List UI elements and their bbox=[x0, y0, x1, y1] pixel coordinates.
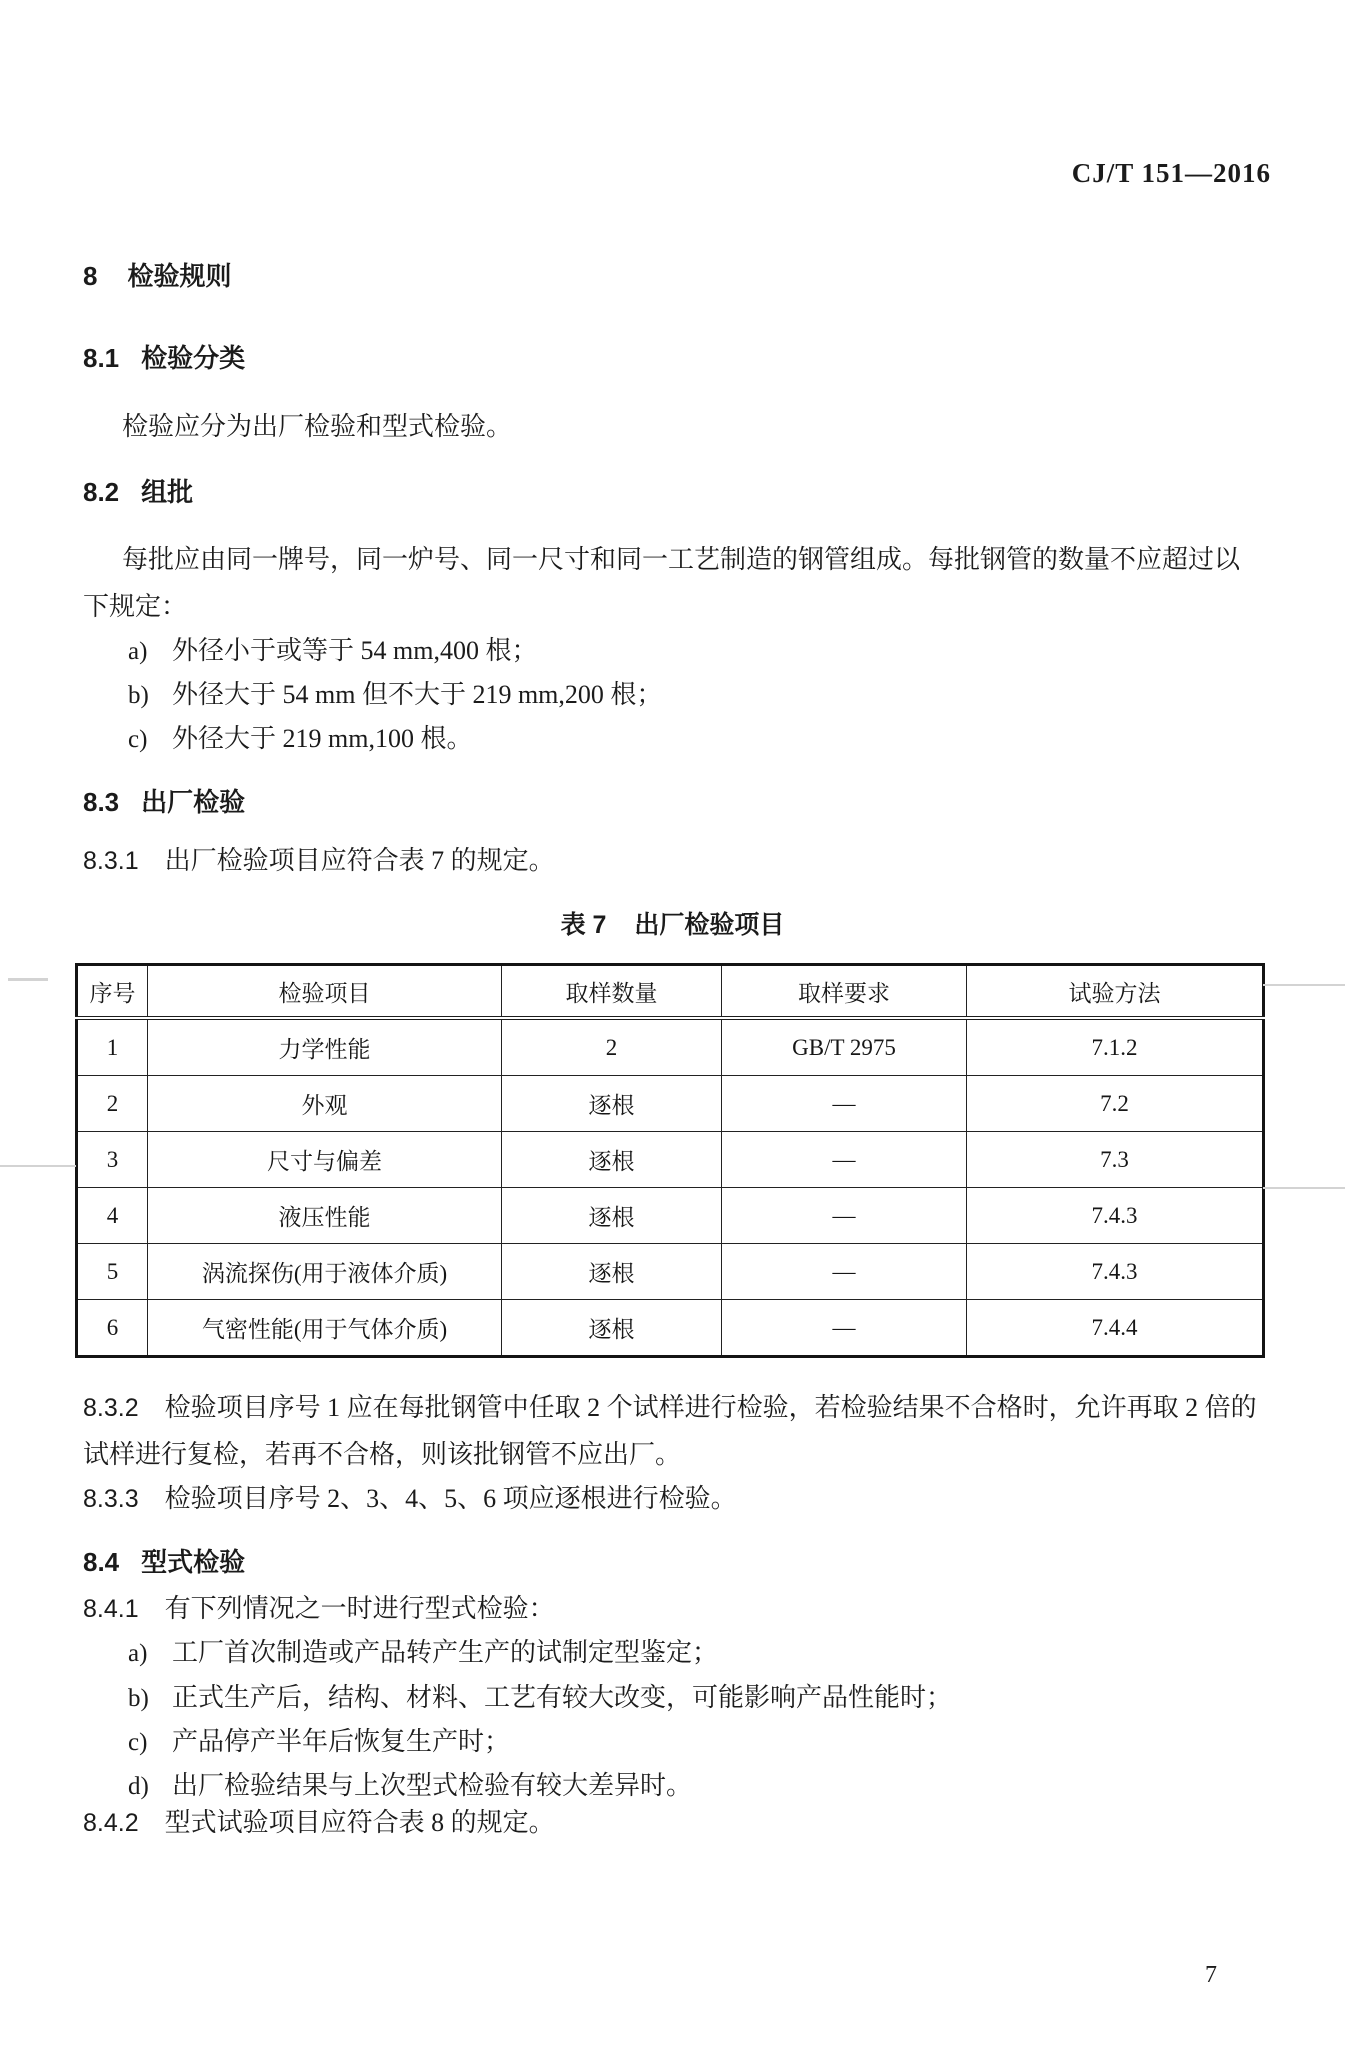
list-marker: a) bbox=[128, 1640, 172, 1669]
section-8-1-number: 8.1 bbox=[83, 343, 119, 373]
table-row: 6 气密性能(用于气体介质) 逐根 — 7.4.4 bbox=[77, 1300, 1264, 1357]
list-item-c: c)外径大于 219 mm,100 根。 bbox=[128, 724, 472, 755]
list-item-c: c)产品停产半年后恢复生产时； bbox=[128, 1727, 510, 1758]
list-marker: d) bbox=[128, 1773, 172, 1802]
section-8-3-heading: 8.3出厂检验 bbox=[83, 788, 245, 818]
cell-sample-req: GB/T 2975 bbox=[722, 1018, 967, 1076]
cell-sample-req: — bbox=[722, 1132, 967, 1188]
clause-number: 8.4.2 bbox=[83, 1809, 139, 1837]
header-cell-test-method: 试验方法 bbox=[967, 965, 1264, 1019]
table-row: 2 外观 逐根 — 7.2 bbox=[77, 1076, 1264, 1132]
header-cell-sample-req: 取样要求 bbox=[722, 965, 967, 1019]
section-8-2-paragraph-line2: 下规定： bbox=[83, 592, 187, 622]
scan-artifact-line bbox=[8, 978, 48, 981]
clause-text: 型式试验项目应符合表 8 的规定。 bbox=[165, 1808, 555, 1837]
table-7-caption: 表 7出厂检验项目 bbox=[0, 905, 1345, 941]
page-number: 7 bbox=[1205, 1962, 1217, 1989]
cell-sample-qty: 逐根 bbox=[502, 1300, 722, 1357]
header-cell-item: 检验项目 bbox=[148, 965, 502, 1019]
list-item-a: a)工厂首次制造或产品转产生产的试制定型鉴定； bbox=[128, 1638, 718, 1669]
cell-sample-req: — bbox=[722, 1188, 967, 1244]
list-item-d: d)出厂检验结果与上次型式检验有较大差异时。 bbox=[128, 1771, 692, 1802]
cell-sample-req: — bbox=[722, 1076, 967, 1132]
header-cell-seq: 序号 bbox=[77, 965, 148, 1019]
clause-8-4-2: 8.4.2型式试验项目应符合表 8 的规定。 bbox=[83, 1808, 555, 1838]
cell-item: 液压性能 bbox=[148, 1188, 502, 1244]
clause-8-4-1: 8.4.1有下列情况之一时进行型式检验： bbox=[83, 1594, 555, 1624]
cell-sample-qty: 逐根 bbox=[502, 1244, 722, 1300]
cell-sample-qty: 2 bbox=[502, 1018, 722, 1076]
cell-test-method: 7.1.2 bbox=[967, 1018, 1264, 1076]
cell-seq: 3 bbox=[77, 1132, 148, 1188]
cell-item: 气密性能(用于气体介质) bbox=[148, 1300, 502, 1357]
list-text: 外径大于 54 mm 但不大于 219 mm,200 根； bbox=[172, 680, 662, 709]
section-8-2-paragraph-line1: 每批应由同一牌号，同一炉号、同一尺寸和同一工艺制造的钢管组成。每批钢管的数量不应… bbox=[122, 545, 1240, 575]
section-8-3-number: 8.3 bbox=[83, 787, 119, 817]
cell-sample-req: — bbox=[722, 1244, 967, 1300]
table-row: 1 力学性能 2 GB/T 2975 7.1.2 bbox=[77, 1018, 1264, 1076]
clause-8-3-2-line1: 8.3.2检验项目序号 1 应在每批钢管中任取 2 个试样进行检验，若检验结果不… bbox=[83, 1393, 1257, 1423]
section-8-4-title: 型式检验 bbox=[141, 1547, 245, 1577]
section-8-heading: 8检验规则 bbox=[83, 262, 231, 292]
scan-artifact-line bbox=[1263, 984, 1345, 986]
table-row: 4 液压性能 逐根 — 7.4.3 bbox=[77, 1188, 1264, 1244]
section-8-3-title: 出厂检验 bbox=[141, 787, 245, 817]
cell-test-method: 7.2 bbox=[967, 1076, 1264, 1132]
cell-seq: 5 bbox=[77, 1244, 148, 1300]
cell-sample-qty: 逐根 bbox=[502, 1076, 722, 1132]
cell-test-method: 7.3 bbox=[967, 1132, 1264, 1188]
clause-text: 检验项目序号 2、3、4、5、6 项应逐根进行检验。 bbox=[165, 1484, 737, 1513]
clause-number: 8.3.1 bbox=[83, 847, 139, 875]
clause-number: 8.4.1 bbox=[83, 1595, 139, 1623]
section-8-1-heading: 8.1检验分类 bbox=[83, 344, 245, 374]
list-item-b: b)正式生产后，结构、材料、工艺有较大改变，可能影响产品性能时； bbox=[128, 1683, 952, 1714]
cell-seq: 6 bbox=[77, 1300, 148, 1357]
list-text: 工厂首次制造或产品转产生产的试制定型鉴定； bbox=[172, 1638, 718, 1667]
section-8-title: 检验规则 bbox=[127, 261, 231, 291]
section-8-4-number: 8.4 bbox=[83, 1547, 119, 1577]
table-header-row: 序号 检验项目 取样数量 取样要求 试验方法 bbox=[77, 965, 1264, 1019]
list-text: 产品停产半年后恢复生产时； bbox=[172, 1727, 510, 1756]
table-7: 序号 检验项目 取样数量 取样要求 试验方法 1 力学性能 2 GB/T 297… bbox=[75, 963, 1265, 1358]
list-marker: a) bbox=[128, 638, 172, 667]
section-8-2-heading: 8.2组批 bbox=[83, 478, 193, 508]
cell-sample-qty: 逐根 bbox=[502, 1132, 722, 1188]
clause-8-3-1: 8.3.1出厂检验项目应符合表 7 的规定。 bbox=[83, 846, 555, 876]
list-text: 外径小于或等于 54 mm,400 根； bbox=[172, 636, 537, 665]
cell-seq: 2 bbox=[77, 1076, 148, 1132]
list-text: 正式生产后，结构、材料、工艺有较大改变，可能影响产品性能时； bbox=[172, 1683, 952, 1712]
list-text: 出厂检验结果与上次型式检验有较大差异时。 bbox=[172, 1771, 692, 1800]
table-7-caption-label: 表 7 bbox=[561, 911, 607, 939]
section-8-4-heading: 8.4型式检验 bbox=[83, 1548, 245, 1578]
section-8-number: 8 bbox=[83, 261, 97, 291]
list-text: 外径大于 219 mm,100 根。 bbox=[172, 724, 472, 753]
scan-artifact-line bbox=[1263, 1187, 1345, 1189]
cell-item: 尺寸与偏差 bbox=[148, 1132, 502, 1188]
header-cell-sample-qty: 取样数量 bbox=[502, 965, 722, 1019]
clause-text: 有下列情况之一时进行型式检验： bbox=[165, 1594, 555, 1623]
section-8-1-paragraph: 检验应分为出厂检验和型式检验。 bbox=[122, 412, 512, 442]
cell-test-method: 7.4.4 bbox=[967, 1300, 1264, 1357]
document-page: CJ/T 151—2016 8检验规则 8.1检验分类 检验应分为出厂检验和型式… bbox=[0, 0, 1345, 2048]
section-8-2-number: 8.2 bbox=[83, 477, 119, 507]
section-8-2-title: 组批 bbox=[141, 477, 193, 507]
list-marker: b) bbox=[128, 1685, 172, 1714]
cell-sample-req: — bbox=[722, 1300, 967, 1357]
list-item-b: b)外径大于 54 mm 但不大于 219 mm,200 根； bbox=[128, 680, 662, 711]
table-7-caption-title: 出厂检验项目 bbox=[634, 911, 784, 939]
clause-text: 出厂检验项目应符合表 7 的规定。 bbox=[165, 846, 555, 875]
cell-sample-qty: 逐根 bbox=[502, 1188, 722, 1244]
list-marker: c) bbox=[128, 726, 172, 755]
cell-item: 涡流探伤(用于液体介质) bbox=[148, 1244, 502, 1300]
cell-item: 外观 bbox=[148, 1076, 502, 1132]
standard-number: CJ/T 151—2016 bbox=[1072, 158, 1271, 189]
list-item-a: a)外径小于或等于 54 mm,400 根； bbox=[128, 636, 537, 667]
table-row: 5 涡流探伤(用于液体介质) 逐根 — 7.4.3 bbox=[77, 1244, 1264, 1300]
clause-text: 检验项目序号 1 应在每批钢管中任取 2 个试样进行检验，若检验结果不合格时，允… bbox=[165, 1393, 1257, 1422]
cell-item: 力学性能 bbox=[148, 1018, 502, 1076]
cell-test-method: 7.4.3 bbox=[967, 1244, 1264, 1300]
scan-artifact-line bbox=[0, 1165, 76, 1167]
cell-seq: 4 bbox=[77, 1188, 148, 1244]
table-row: 3 尺寸与偏差 逐根 — 7.3 bbox=[77, 1132, 1264, 1188]
clause-number: 8.3.3 bbox=[83, 1485, 139, 1513]
list-marker: c) bbox=[128, 1729, 172, 1758]
section-8-1-title: 检验分类 bbox=[141, 343, 245, 373]
cell-seq: 1 bbox=[77, 1018, 148, 1076]
cell-test-method: 7.4.3 bbox=[967, 1188, 1264, 1244]
clause-8-3-2-line2: 试样进行复检，若再不合格，则该批钢管不应出厂。 bbox=[83, 1440, 681, 1470]
clause-number: 8.3.2 bbox=[83, 1394, 139, 1422]
clause-8-3-3: 8.3.3检验项目序号 2、3、4、5、6 项应逐根进行检验。 bbox=[83, 1484, 737, 1514]
list-marker: b) bbox=[128, 682, 172, 711]
